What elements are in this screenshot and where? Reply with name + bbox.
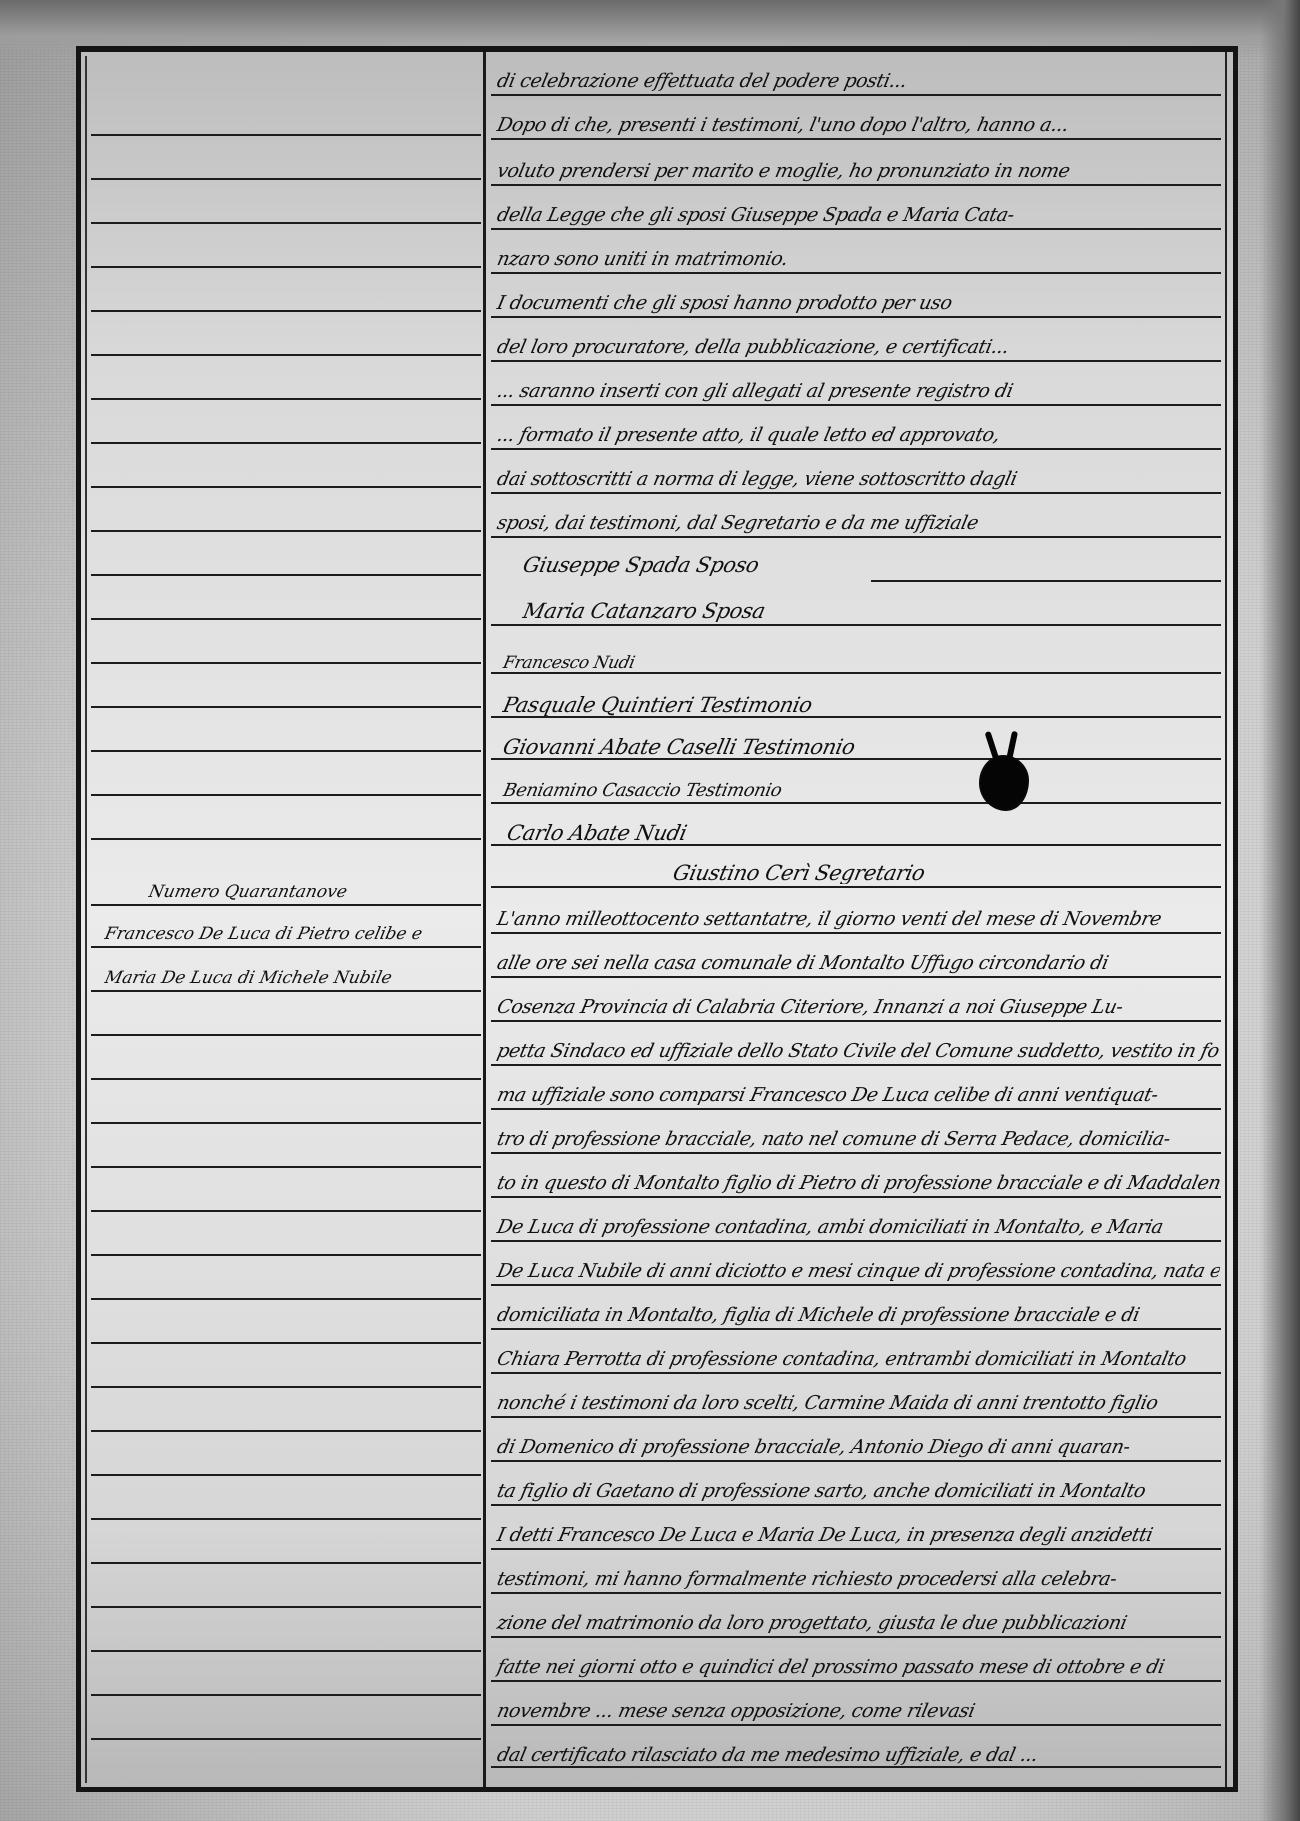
ruled-line (91, 706, 481, 708)
ruled-line (491, 802, 1221, 804)
ruled-line (491, 886, 1221, 888)
record-line: Dopo di che, presenti i testimoni, l'uno… (495, 114, 1222, 136)
ruled-line (491, 716, 1221, 718)
ruled-line (91, 1518, 481, 1520)
record-line: testimoni, mi hanno formalmente richiest… (495, 1568, 1222, 1590)
margin-column: Numero Quarantanove Francesco De Luca di… (91, 52, 481, 1787)
record-line: ... saranno inserti con gli allegati al … (495, 380, 1222, 402)
record-line: alle ore sei nella casa comunale di Mont… (495, 952, 1222, 974)
ruled-line (91, 1606, 481, 1608)
ruled-line (491, 1152, 1221, 1154)
ruled-line (491, 360, 1221, 362)
record-line: Chiara Perrotta di professione contadina… (495, 1348, 1222, 1370)
ruled-line (91, 794, 481, 796)
record-line: fatte nei giorni otto e quindici del pro… (495, 1656, 1222, 1678)
book-edge-shadow (1260, 0, 1300, 1821)
entry-number: Numero Quarantanove (147, 882, 477, 902)
ruled-line (491, 1284, 1221, 1286)
ink-blot (981, 757, 1027, 809)
ruled-line (91, 1254, 481, 1256)
ruled-line (491, 492, 1221, 494)
record-line: domiciliata in Montalto, figlia di Miche… (495, 1304, 1222, 1326)
entry-name-groom: Francesco De Luca di Pietro celibe e (103, 924, 477, 944)
record-line: tro di professione bracciale, nato nel c… (495, 1128, 1222, 1150)
record-line: De Luca di professione contadina, ambi d… (495, 1216, 1222, 1238)
record-column: di celebrazione effettuata del podere po… (491, 52, 1221, 1787)
record-line: petta Sindaco ed uffiziale dello Stato C… (495, 1040, 1222, 1062)
ruled-line (491, 1020, 1221, 1022)
signature-witness: Beniamino Casaccio Testimonio (501, 780, 1222, 802)
ruled-line (491, 1328, 1221, 1330)
ruled-line (491, 1548, 1221, 1550)
ruled-line (491, 1240, 1221, 1242)
record-line: sposi, dai testimoni, dal Segretario e d… (495, 512, 1222, 534)
ruled-line (91, 486, 481, 488)
signature-bride: Maria Catanzaro Sposa (521, 600, 1222, 622)
record-line: di Domenico di professione bracciale, An… (495, 1436, 1222, 1458)
ruled-line (91, 178, 481, 180)
ruled-line (91, 904, 481, 906)
ruled-line (91, 946, 481, 948)
record-line: ta figlio di Gaetano di professione sart… (495, 1480, 1222, 1502)
ruled-line (491, 1766, 1221, 1768)
ruled-line (491, 1636, 1221, 1638)
ruled-line (91, 1650, 481, 1652)
record-line: di celebrazione effettuata del podere po… (495, 70, 1222, 92)
ruled-line (91, 354, 481, 356)
record-line: ... formato il presente atto, il quale l… (495, 424, 1222, 446)
ruled-line (491, 1724, 1221, 1726)
record-line: del loro procuratore, della pubblicazion… (495, 336, 1222, 358)
ruled-line (91, 266, 481, 268)
ruled-line (491, 404, 1221, 406)
page-inner-border (85, 56, 87, 1783)
ruled-line (491, 1504, 1221, 1506)
ruled-line (491, 448, 1221, 450)
record-line: to in questo di Montalto figlio di Pietr… (495, 1172, 1222, 1194)
record-line: della Legge che gli sposi Giuseppe Spada… (495, 204, 1222, 226)
ruled-line (91, 618, 481, 620)
signature-officer: Carlo Abate Nudi (505, 822, 1222, 844)
secretary-heading: Giustino Cerì Segretario (671, 862, 1222, 884)
ruled-line (91, 574, 481, 576)
ruled-line (491, 1460, 1221, 1462)
ruled-line (491, 184, 1221, 186)
ruled-line (491, 1108, 1221, 1110)
ruled-line (491, 138, 1221, 140)
page-right-border (1225, 52, 1227, 1787)
signature-witness: Francesco Nudi (501, 652, 1222, 674)
ruled-line (491, 624, 1221, 626)
ruled-line (91, 1078, 481, 1080)
ruled-line (91, 1034, 481, 1036)
signature-witness: Giovanni Abate Caselli Testimonio (501, 736, 1222, 758)
record-line: dal certificato rilasciato da me medesim… (495, 1744, 1222, 1766)
signature-groom: Giuseppe Spada Sposo (521, 554, 1222, 576)
ruled-line (91, 222, 481, 224)
ruled-line (491, 316, 1221, 318)
ruled-line (91, 1562, 481, 1564)
ruled-line (491, 228, 1221, 230)
record-line: dai sottoscritti a norma di legge, viene… (495, 468, 1222, 490)
ruled-line (91, 442, 481, 444)
ruled-line (871, 580, 1221, 582)
ruled-line (491, 272, 1221, 274)
ruled-line (91, 1430, 481, 1432)
ruled-line (91, 1386, 481, 1388)
ruled-line (91, 662, 481, 664)
record-line: De Luca Nubile di anni diciotto e mesi c… (495, 1260, 1222, 1282)
ruled-line (491, 536, 1221, 538)
signature-witness: Pasquale Quintieri Testimonio (501, 694, 1222, 716)
ruled-line (491, 1416, 1221, 1418)
record-line: L'anno milleottocento settantatre, il gi… (495, 908, 1222, 930)
ruled-line (91, 310, 481, 312)
ruled-line (91, 134, 481, 136)
ruled-line (491, 1064, 1221, 1066)
record-line: ma uffiziale sono comparsi Francesco De … (495, 1084, 1222, 1106)
ruled-line (91, 1738, 481, 1740)
ruled-line (91, 398, 481, 400)
entry-name-bride: Maria De Luca di Michele Nubile (103, 968, 477, 988)
ruled-line (91, 1342, 481, 1344)
column-divider (483, 52, 486, 1787)
ruled-line (91, 750, 481, 752)
ruled-line (491, 844, 1221, 846)
ruled-line (491, 1372, 1221, 1374)
ruled-line (91, 1694, 481, 1696)
ruled-line (491, 1592, 1221, 1594)
ruled-line (491, 1680, 1221, 1682)
ruled-line (91, 1166, 481, 1168)
ruled-line (491, 94, 1221, 96)
ruled-line (491, 672, 1221, 674)
ruled-line (91, 1122, 481, 1124)
ruled-line (91, 530, 481, 532)
ruled-line (491, 1196, 1221, 1198)
ruled-line (91, 1210, 481, 1212)
ruled-line (491, 976, 1221, 978)
record-line: nonché i testimoni da loro scelti, Carmi… (495, 1392, 1222, 1414)
ruled-line (491, 932, 1221, 934)
record-line: I detti Francesco De Luca e Maria De Luc… (495, 1524, 1222, 1546)
record-line: voluto prendersi per marito e moglie, ho… (495, 160, 1222, 182)
ruled-line (91, 1298, 481, 1300)
record-line: nzaro sono uniti in matrimonio. (495, 248, 1222, 270)
ruled-line (91, 838, 481, 840)
ruled-line (91, 1474, 481, 1476)
record-line: I documenti che gli sposi hanno prodotto… (495, 292, 1222, 314)
ruled-line (91, 990, 481, 992)
record-line: Cosenza Provincia di Calabria Citeriore,… (495, 996, 1222, 1018)
register-page: Numero Quarantanove Francesco De Luca di… (76, 46, 1238, 1792)
ruled-line (491, 758, 1221, 760)
record-line: novembre ... mese senza opposizione, com… (495, 1700, 1222, 1722)
record-line: zione del matrimonio da loro progettato,… (495, 1612, 1222, 1634)
